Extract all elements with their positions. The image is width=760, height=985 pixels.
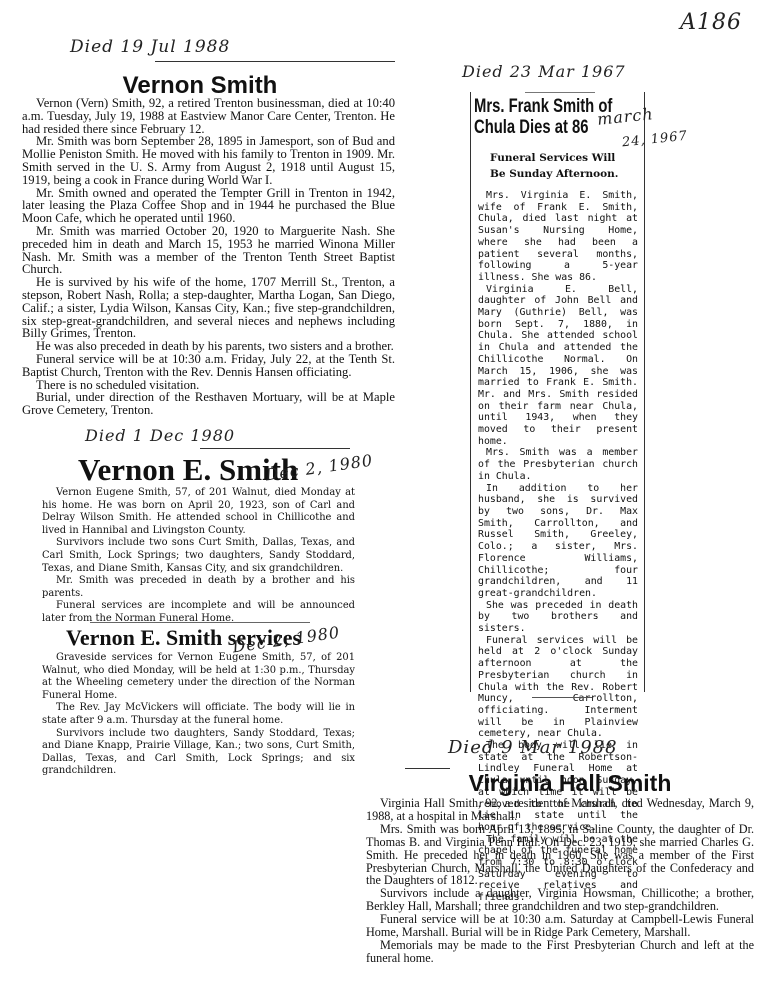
divider: [405, 768, 450, 769]
divider: [532, 697, 592, 698]
handwritten-death-date: Died 1 Dec 1980: [85, 426, 235, 445]
paragraph: Mrs. Smith was born April 13, 1895, in S…: [366, 823, 754, 888]
article-body: Vernon (Vern) Smith, 92, a retired Trent…: [22, 97, 395, 417]
paragraph: Survivors include a daughter, Virginia H…: [366, 887, 754, 913]
paragraph: Memorials may be made to the First Presb…: [366, 939, 754, 965]
paragraph: Survivors include two sons Curt Smith, D…: [42, 537, 355, 575]
divider: [155, 61, 395, 62]
paragraph: She was preceded in death by two brother…: [478, 600, 638, 635]
divider: [200, 448, 350, 449]
subtitle-line: Funeral Services Will: [490, 150, 618, 166]
article-body: Virginia Hall Smith, 92, a resident of M…: [366, 797, 754, 965]
paragraph: Virginia Hall Smith, 92, a resident of M…: [366, 797, 754, 823]
paragraph: Funeral service will be at 10:30 a.m. Fr…: [22, 353, 395, 379]
handwritten-reference-mark: A186: [680, 10, 742, 35]
article-body: Vernon Eugene Smith, 57, of 201 Walnut, …: [42, 487, 355, 626]
paragraph: Mr. Smith was married October 20, 1920 t…: [22, 225, 395, 276]
article-body: Graveside services for Vernon Eugene Smi…: [42, 652, 355, 778]
paragraph: The Rev. Jay McVickers will officiate. T…: [42, 702, 355, 727]
paragraph: Funeral service will be at 10:30 a.m. Sa…: [366, 913, 754, 939]
paragraph: Mrs. Smith was a member of the Presbyter…: [478, 447, 638, 482]
divider: [90, 622, 310, 623]
paragraph: Mr. Smith owned and operated the Tempter…: [22, 187, 395, 225]
paragraph: Mr. Smith was preceded in death by a bro…: [42, 575, 355, 600]
paragraph: Survivors include two daughters, Sandy S…: [42, 728, 355, 778]
handwritten-death-date: Died 19 Jul 1988: [70, 37, 230, 57]
article-subtitle: Funeral Services Will Be Sunday Afternoo…: [490, 150, 618, 182]
handwritten-death-date: Died 23 Mar 1967: [462, 62, 626, 81]
paragraph: Burial, under direction of the Resthaven…: [22, 391, 395, 417]
paragraph: Funeral services will be held at 2 o'clo…: [478, 635, 638, 740]
handwritten-death-date: Died 9 Mar 1988: [448, 737, 618, 758]
paragraph: Virginia E. Bell, daughter of John Bell …: [478, 284, 638, 448]
paragraph: He is survived by his wife of the home, …: [22, 276, 395, 340]
paragraph: In addition to her husband, she is survi…: [478, 483, 638, 600]
article-title: Virginia Hall Smith: [380, 770, 760, 797]
paragraph: Mr. Smith was born September 28, 1895 in…: [22, 135, 395, 186]
paragraph: Vernon (Vern) Smith, 92, a retired Trent…: [22, 97, 395, 135]
paragraph: Vernon Eugene Smith, 57, of 201 Walnut, …: [42, 487, 355, 537]
paragraph: Graveside services for Vernon Eugene Smi…: [42, 652, 355, 702]
paragraph: Mrs. Virginia E. Smith, wife of Frank E.…: [478, 190, 638, 284]
subtitle-line: Be Sunday Afternoon.: [490, 166, 618, 182]
